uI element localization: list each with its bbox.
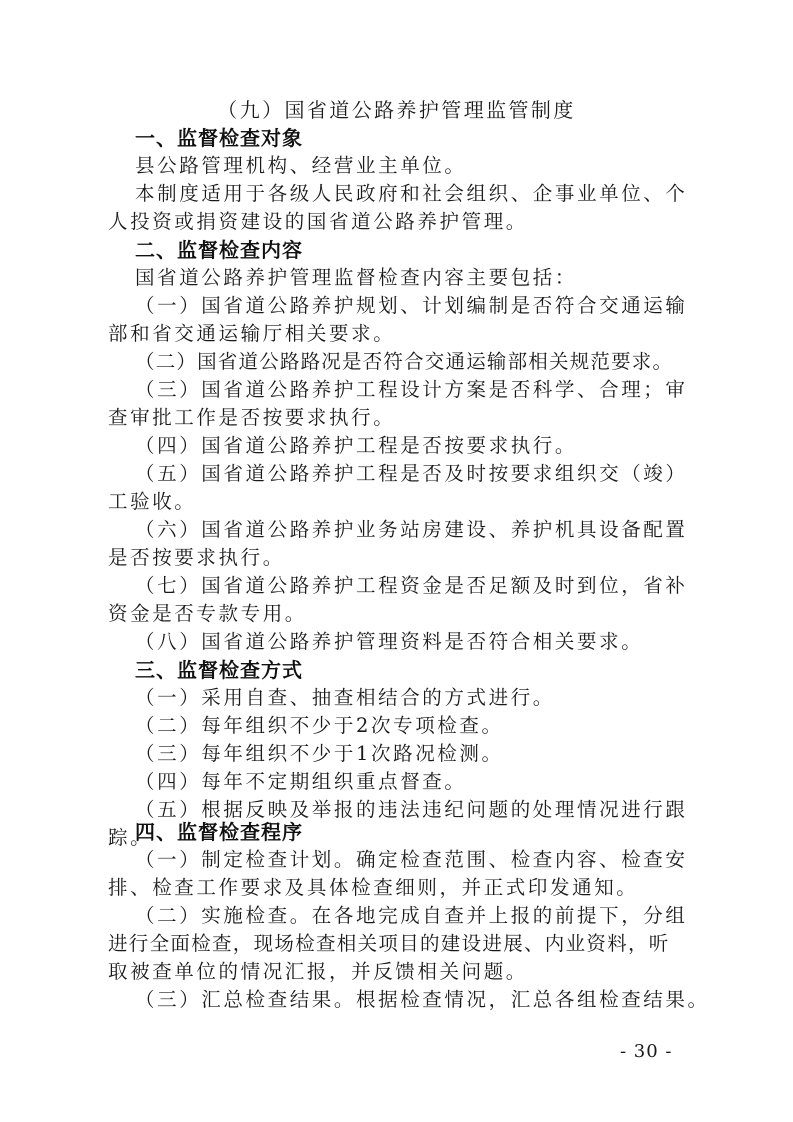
section-heading-objects: 一、监督检查对象 [135,124,303,152]
section-heading-methods: 三、监督检查方式 [135,656,303,684]
paragraph-line: （三）国省道公路养护工程设计方案是否科学、合理；审 [135,377,688,403]
section-heading-procedure: 四、监督检查程序 [135,818,303,846]
paragraph-line: 工验收。 [108,489,196,515]
paragraph-line: 查审批工作是否按要求执行。 [108,405,395,431]
paragraph-line: （一）采用自查、抽查相结合的方式进行。 [135,685,555,711]
paragraph-line: （八）国省道公路养护管理资料是否符合相关要求。 [135,629,643,655]
paragraph-line: （五）国省道公路养护工程是否及时按要求组织交（竣） [135,461,688,487]
paragraph-line: （七）国省道公路养护工程资金是否足额及时到位，省补 [135,573,688,599]
paragraph-line: 县公路管理机构、经营业主单位。 [135,153,467,179]
paragraph-line: 国省道公路养护管理监督检查内容主要包括： [135,265,577,291]
paragraph-line: 是否按要求执行。 [108,545,285,571]
paragraph-line: 进行全面检查，现场检查相关项目的建设进展、内业资料，听 [108,931,670,957]
paragraph-line: （一）制定检查计划。确定检查范围、检查内容、检查安 [135,847,688,873]
paragraph-line: 排、检查工作要求及具体检查细则，并正式印发通知。 [108,875,638,901]
paragraph-line: （二）实施检查。在各地完成自查并上报的前提下，分组 [135,903,688,929]
paragraph-line: （二）国省道公路路况是否符合交通运输部相关规范要求。 [135,349,673,375]
paragraph-line: （四）每年不定期组织重点督查。 [135,769,467,795]
paragraph-line: 部和省交通运输厅相关要求。 [108,321,395,347]
paragraph-line: （一）国省道公路养护规划、计划编制是否符合交通运输 [135,293,688,319]
paragraph-line: （三）汇总检查结果。根据检查情况，汇总各组检查结果。 [135,987,710,1013]
paragraph-line: （二）每年组织不少于2次专项检查。 [135,713,504,739]
paragraph-line: （三）每年组织不少于1次路况检测。 [135,741,504,767]
paragraph-line: 本制度适用于各级人民政府和社会组织、企事业单位、个 [135,181,688,207]
document-title: （九）国省道公路养护管理监管制度 [0,96,793,124]
paragraph-line: 人投资或捐资建设的国省道公路养护管理。 [108,209,528,235]
paragraph-line: （四）国省道公路养护工程是否按要求执行。 [135,433,577,459]
paragraph-line: 取被查单位的情况汇报，并反馈相关问题。 [108,959,528,985]
section-heading-content: 二、监督检查内容 [135,236,303,264]
paragraph-line: （六）国省道公路养护业务站房建设、养护机具设备配置 [135,517,688,543]
document-page: （九）国省道公路养护管理监管制度 一、监督检查对象 县公路管理机构、经营业主单位… [0,0,793,1122]
paragraph-line: 资金是否专款专用。 [108,601,307,627]
page-number: - 30 - [620,1040,673,1064]
